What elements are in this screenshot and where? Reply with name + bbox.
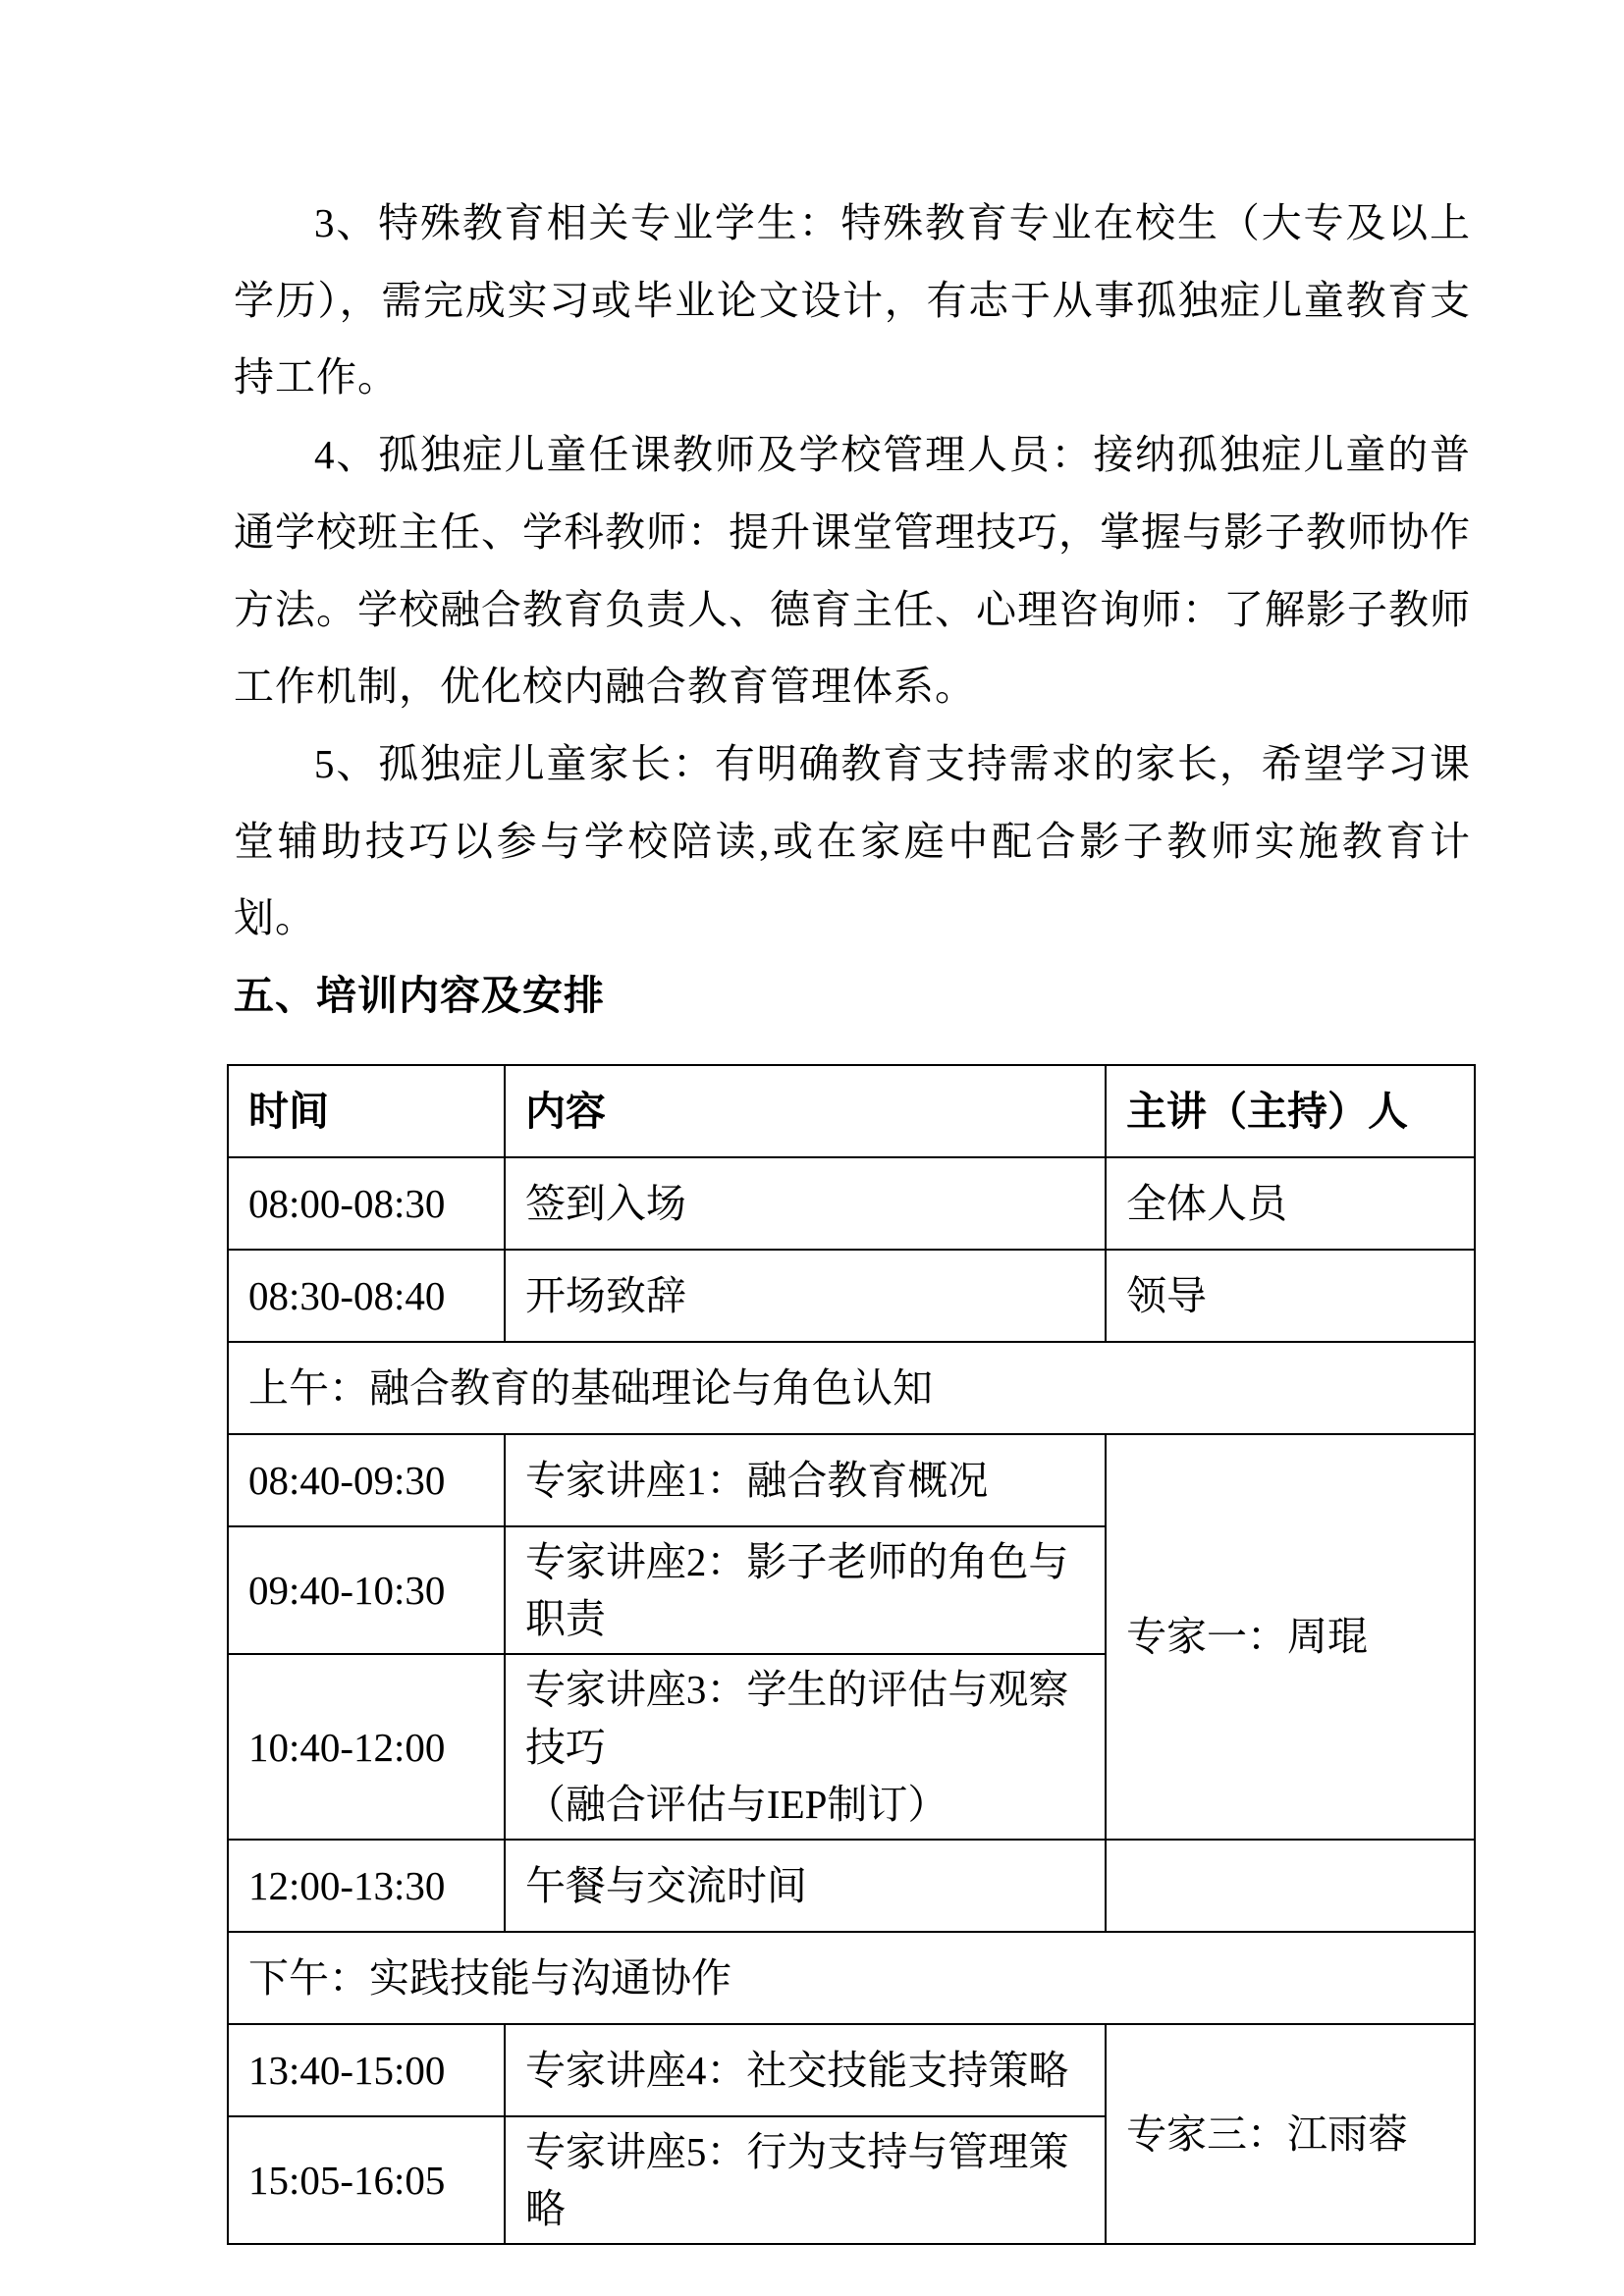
session-header-morning: 上午：融合教育的基础理论与角色认知 [228, 1342, 1475, 1434]
table-session-row-afternoon: 下午：实践技能与沟通协作 [228, 1932, 1475, 2024]
cell-time: 12:00-13:30 [228, 1840, 505, 1932]
cell-time: 08:40-09:30 [228, 1434, 505, 1526]
section-heading: 五、培训内容及安排 [234, 957, 1471, 1035]
table-row-opening: 08:30-08:40 开场致辞 领导 [228, 1250, 1475, 1342]
cell-content: 专家讲座5：行为支持与管理策略 [505, 2116, 1106, 2244]
table-header-row: 时间 内容 主讲（主持）人 [228, 1065, 1475, 1157]
cell-time: 10:40-12:00 [228, 1654, 505, 1840]
header-cell-speaker: 主讲（主持）人 [1106, 1065, 1475, 1157]
cell-speaker: 领导 [1106, 1250, 1475, 1342]
document-page: 3、特殊教育相关专业学生：特殊教育专业在校生（大专及以上学历），需完成实习或毕业… [0, 0, 1624, 2296]
cell-time: 08:30-08:40 [228, 1250, 505, 1342]
cell-content: 午餐与交流时间 [505, 1840, 1106, 1932]
paragraph-students: 3、特殊教育相关专业学生：特殊教育专业在校生（大专及以上学历），需完成实习或毕业… [234, 185, 1471, 416]
cell-speaker-expert-three: 专家三：江雨蓉 [1106, 2024, 1475, 2244]
cell-time: 15:05-16:05 [228, 2116, 505, 2244]
cell-content: 开场致辞 [505, 1250, 1106, 1342]
training-schedule-table: 时间 内容 主讲（主持）人 08:00-08:30 签到入场 全体人员 08:3… [227, 1064, 1476, 2246]
table-session-row-morning: 上午：融合教育的基础理论与角色认知 [228, 1342, 1475, 1434]
cell-content: 专家讲座3：学生的评估与观察技巧 （融合评估与IEP制订） [505, 1654, 1106, 1840]
cell-content: 专家讲座1：融合教育概况 [505, 1434, 1106, 1526]
paragraph-teachers-admins: 4、孤独症儿童任课教师及学校管理人员：接纳孤独症儿童的普通学校班主任、学科教师：… [234, 416, 1471, 725]
table-row-lunch: 12:00-13:30 午餐与交流时间 [228, 1840, 1475, 1932]
cell-content: 签到入场 [505, 1157, 1106, 1250]
header-cell-content: 内容 [505, 1065, 1106, 1157]
cell-speaker: 全体人员 [1106, 1157, 1475, 1250]
cell-time: 08:00-08:30 [228, 1157, 505, 1250]
body-text-block: 3、特殊教育相关专业学生：特殊教育专业在校生（大专及以上学历），需完成实习或毕业… [234, 185, 1471, 1035]
cell-content: 专家讲座4：社交技能支持策略 [505, 2024, 1106, 2116]
session-header-afternoon: 下午：实践技能与沟通协作 [228, 1932, 1475, 2024]
header-cell-time: 时间 [228, 1065, 505, 1157]
cell-time: 09:40-10:30 [228, 1526, 505, 1654]
table-row-lecture1: 08:40-09:30 专家讲座1：融合教育概况 专家一：周琨 [228, 1434, 1475, 1526]
paragraph-parents: 5、孤独症儿童家长：有明确教育支持需求的家长，希望学习课堂辅助技巧以参与学校陪读… [234, 725, 1471, 957]
table-row-signin: 08:00-08:30 签到入场 全体人员 [228, 1157, 1475, 1250]
cell-time: 13:40-15:00 [228, 2024, 505, 2116]
table-row-lecture4: 13:40-15:00 专家讲座4：社交技能支持策略 专家三：江雨蓉 [228, 2024, 1475, 2116]
cell-speaker-empty [1106, 1840, 1475, 1932]
cell-content: 专家讲座2：影子老师的角色与职责 [505, 1526, 1106, 1654]
cell-speaker-expert-one: 专家一：周琨 [1106, 1434, 1475, 1840]
